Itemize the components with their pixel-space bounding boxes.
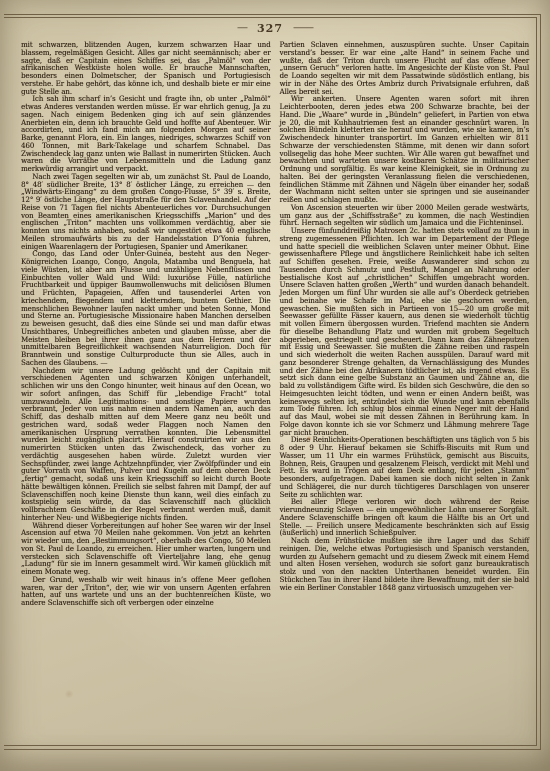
page-number: 327 <box>257 22 283 35</box>
paragraph: Congo, das Land oder Unter-Guinea, beste… <box>21 251 271 367</box>
paragraph: Diese Reinlichkeits-Operationen beschäft… <box>280 437 530 499</box>
paragraph: Bei aller Pflege verloren wir doch währe… <box>280 499 530 538</box>
paragraph: Nachdem wir unsere Ladung gelöscht und d… <box>21 368 271 523</box>
text-column-left: mit schwarzen, blitzenden Augen, kurzem … <box>21 42 271 608</box>
paragraph: Nach zwei Tagen segelten wir ab, um zunä… <box>21 174 271 252</box>
paragraph: mit schwarzen, blitzenden Augen, kurzem … <box>21 42 271 96</box>
paragraph: Von Ascension steuerten wir über 2000 Me… <box>280 205 530 228</box>
page-header: —327—— <box>0 22 550 35</box>
header-left-dash: — <box>227 21 257 34</box>
header-right-dash: —— <box>283 21 323 34</box>
paragraph: Partien Sclaven einnehmen, auszuspüren s… <box>280 42 530 96</box>
paragraph: Während dieser Vorbereitungen auf hoher … <box>21 523 271 577</box>
paragraph: Unsere fünfunddreißig Matrosen 2c. hatte… <box>280 228 530 437</box>
text-columns: mit schwarzen, blitzenden Augen, kurzem … <box>21 42 529 608</box>
paragraph: Der Grund, weshalb wir weit hinaus in’s … <box>21 577 271 608</box>
paragraph: Wir ankerten. Unsere Agenten waren sofor… <box>280 96 530 205</box>
text-column-right: Partien Sclaven einnehmen, auszuspüren s… <box>280 42 530 608</box>
paragraph: Ich sah ihm scharf in’s Gesicht und frag… <box>21 96 271 174</box>
paragraph: Nach dem Frühstücke mußten sie ihre Lage… <box>280 538 530 592</box>
